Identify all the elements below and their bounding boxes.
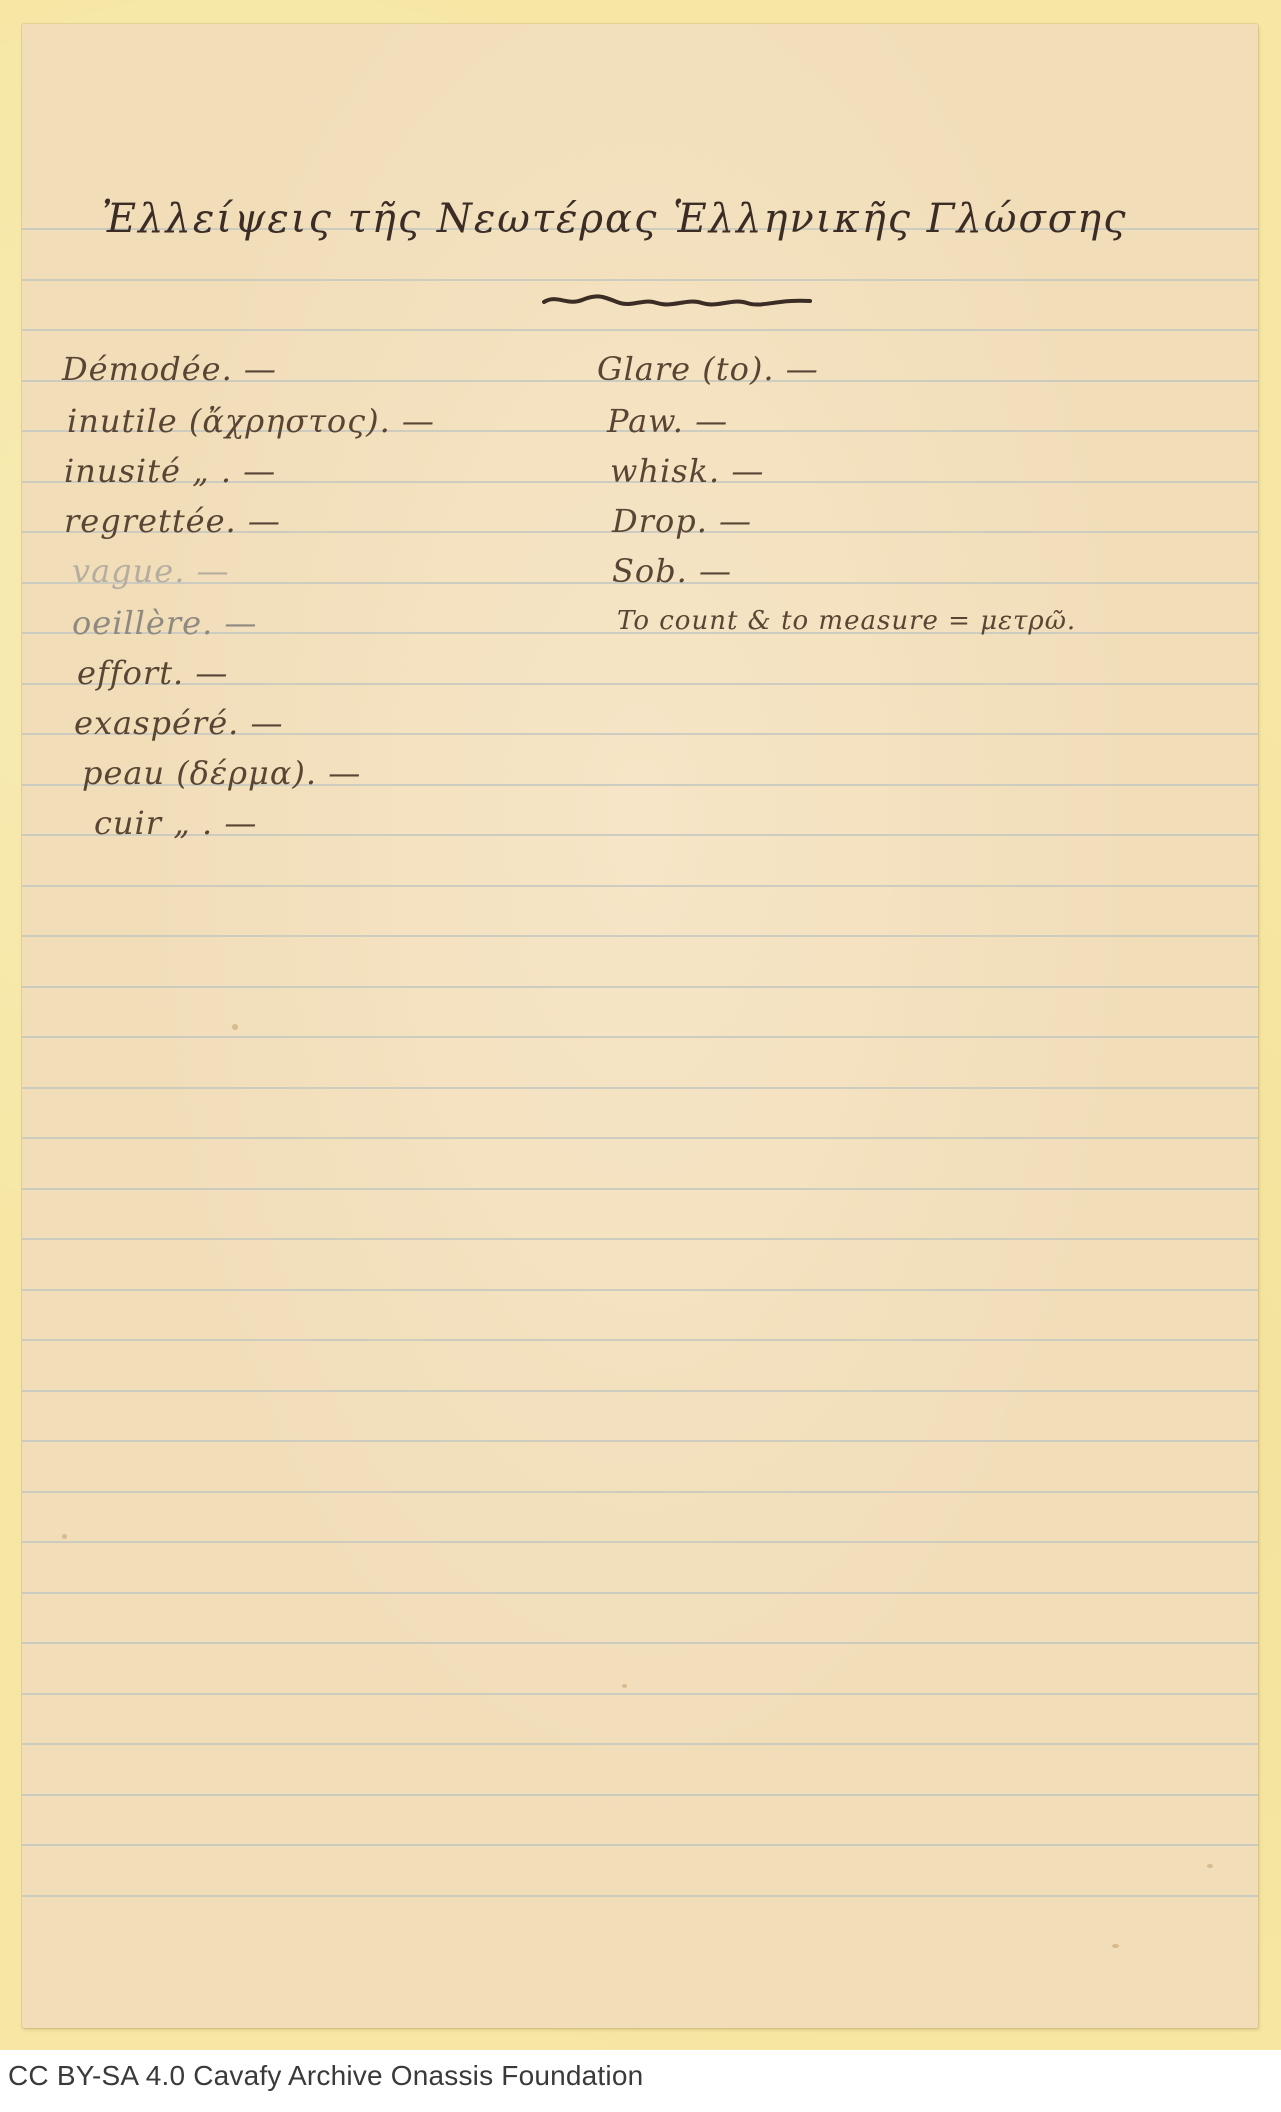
list-item: vague. — xyxy=(72,552,230,590)
ruled-line xyxy=(22,1390,1258,1392)
list-item: Glare (to). — xyxy=(597,350,819,388)
list-item: exaspéré. — xyxy=(74,704,283,742)
ruled-line xyxy=(22,1794,1258,1796)
manuscript-page: Ἐλλείψεις τῆς Νεωτέρας Ἑλληνικῆς Γλώσσης… xyxy=(22,24,1258,2028)
ruled-line xyxy=(22,986,1258,988)
ink-stain xyxy=(232,1024,238,1030)
list-item: inusité „ . — xyxy=(64,452,276,490)
ruled-line xyxy=(22,1895,1258,1897)
list-item: effort. — xyxy=(77,654,228,692)
ruled-line xyxy=(22,1693,1258,1695)
ruled-line xyxy=(22,1743,1258,1745)
list-item: Démodée. — xyxy=(62,350,277,388)
ruled-line xyxy=(22,1541,1258,1543)
ruled-line xyxy=(22,1238,1258,1240)
ruled-line xyxy=(22,329,1258,331)
ink-stain xyxy=(62,1534,67,1539)
ruled-line xyxy=(22,1087,1258,1089)
ruled-line xyxy=(22,1440,1258,1442)
ruled-line xyxy=(22,1137,1258,1139)
ink-stain xyxy=(1112,1944,1119,1948)
ruled-line xyxy=(22,279,1258,281)
list-item: peau (δέρμα). — xyxy=(82,754,361,792)
ruled-line xyxy=(22,1289,1258,1291)
license-caption: CC BY-SA 4.0 Cavafy Archive Onassis Foun… xyxy=(8,2060,643,2092)
list-item: regrettée. — xyxy=(64,502,281,540)
ink-stain xyxy=(1207,1864,1213,1868)
ruled-line xyxy=(22,1036,1258,1038)
ruled-line xyxy=(22,1188,1258,1190)
list-item: To count & to measure = μετρῶ. xyxy=(617,606,1076,636)
list-item: oeillère. — xyxy=(72,604,257,642)
ruled-line xyxy=(22,935,1258,937)
ruled-line xyxy=(22,1642,1258,1644)
ruled-line xyxy=(22,885,1258,887)
ruled-line xyxy=(22,1592,1258,1594)
ruled-line xyxy=(22,1844,1258,1846)
ruled-line xyxy=(22,1491,1258,1493)
list-item: inutile (ἄχρηστος). — xyxy=(67,402,435,440)
ink-stain xyxy=(622,1684,627,1688)
list-item: cuir „ . — xyxy=(94,804,257,842)
list-item: Drop. — xyxy=(612,502,752,540)
list-item: Sob. — xyxy=(612,552,732,590)
ruled-line xyxy=(22,1339,1258,1341)
list-item: whisk. — xyxy=(610,452,764,490)
list-item: Paw. — xyxy=(607,402,728,440)
title-underline-flourish xyxy=(542,292,812,310)
page-title: Ἐλλείψεις τῆς Νεωτέρας Ἑλληνικῆς Γλώσσης xyxy=(102,196,1127,242)
